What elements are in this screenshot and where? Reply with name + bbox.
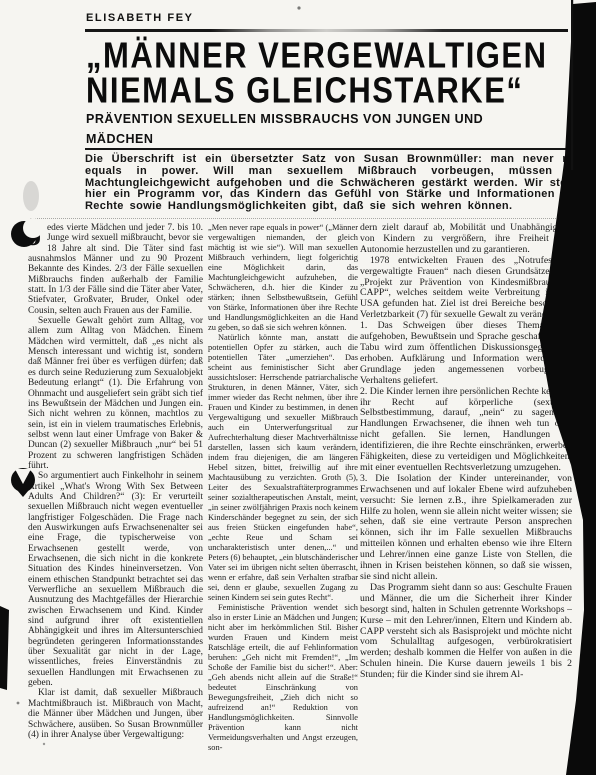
article-subtitle-line-1: PRÄVENTION SEXUELLEN MISSBRAUCHS VON JUN… — [86, 112, 483, 126]
subtitle-rule — [85, 148, 571, 150]
paragraph: Klar ist damit, daß sexueller Mißbrauch … — [28, 688, 203, 740]
paragraph-list-item: 1. Das Schweigen über dieses Thema wird … — [360, 321, 572, 386]
speck — [17, 702, 20, 705]
body-column-3: dern zielt darauf ab, Mobilität und Unab… — [360, 223, 572, 763]
paragraph-list-item: 3. Die Isolation der Kinder untereinande… — [360, 474, 572, 583]
author-rule — [85, 29, 568, 32]
scanned-article-page: ELISABETH FEY „MÄNNER VERGEWALTIGEN NIEM… — [0, 0, 596, 775]
paragraph: 1978 entwickelten Frauen des „Notrufes f… — [360, 256, 572, 321]
paragraph-list-item: 2. Die Kinder lernen ihre persönlichen R… — [360, 387, 572, 474]
intro-paragraph: Die Überschrift ist ein übersetzter Satz… — [85, 154, 587, 213]
article-title-line-1: „MÄNNER VERGEWALTIGEN — [86, 37, 548, 74]
smudge-mark — [23, 181, 39, 211]
paragraph: dern zielt darauf ab, Mobilität und Unab… — [360, 223, 572, 256]
fold-line — [571, 0, 573, 170]
body-column-1: Jedes vierte Mädchen und jeder 7. bis 10… — [28, 223, 203, 763]
paragraph: Natürlich könnte man, anstatt die potent… — [208, 333, 358, 603]
paragraph: „Men never rape equals in power“ („Männe… — [208, 223, 358, 333]
drop-cap: J — [28, 223, 47, 248]
scan-bar-left — [0, 606, 9, 690]
article-subtitle-line-2: MÄDCHEN — [86, 132, 153, 146]
dotted-divider — [30, 218, 566, 219]
paragraph: So argumentiert auch Finkelhohr in seine… — [28, 471, 203, 688]
article-title-line-2: NIEMALS GLEICHSTARKE“ — [86, 72, 523, 109]
paragraph-text: edes vierte Mädchen und jeder 7. bis 10.… — [28, 223, 203, 316]
paragraph: Sexuelle Gewalt gehört zum Alltag, vor a… — [28, 316, 203, 471]
speck — [297, 6, 300, 9]
author-name: ELISABETH FEY — [86, 12, 194, 25]
paragraph: Feministische Prävention wendet sich als… — [208, 603, 358, 753]
paragraph: Das Programm sieht dann so aus: Geschult… — [360, 583, 572, 681]
body-column-2: „Men never rape equals in power“ („Männe… — [208, 223, 358, 763]
paragraph: Jedes vierte Mädchen und jeder 7. bis 10… — [28, 223, 203, 316]
